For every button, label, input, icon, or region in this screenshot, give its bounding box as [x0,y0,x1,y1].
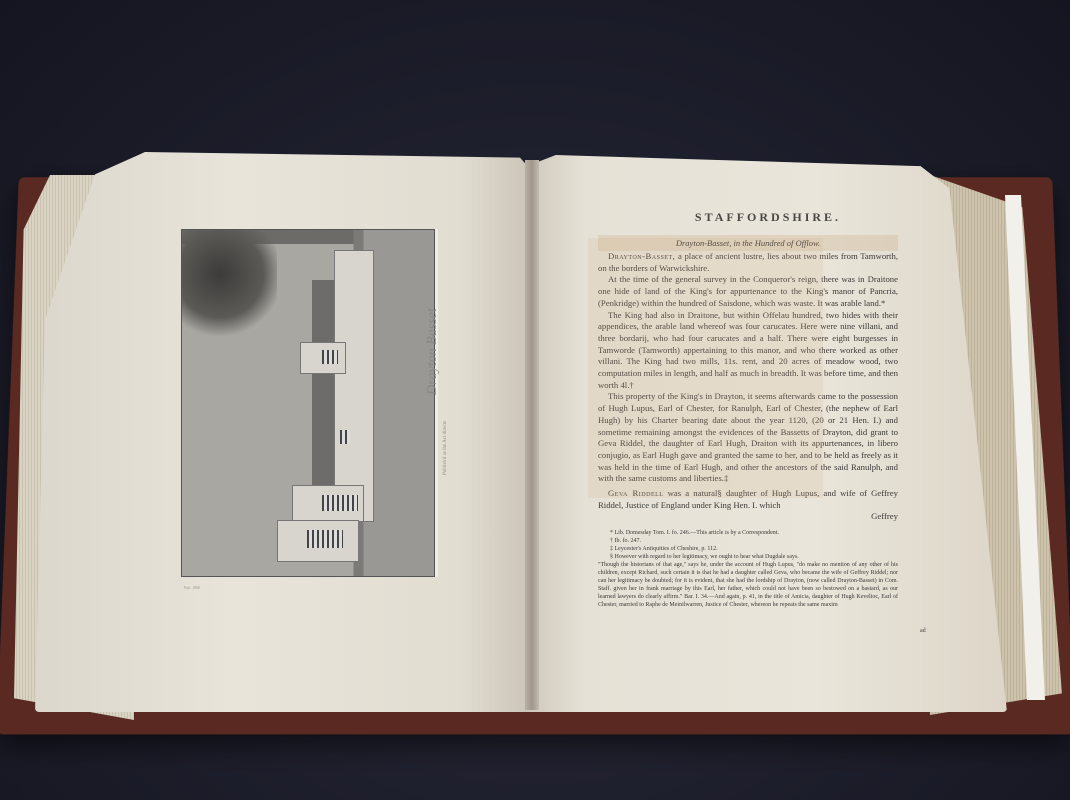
paragraph: Drayton-Basset, a place of ancient lustr… [598,251,898,274]
running-head: STAFFORDSHIRE. [638,210,898,225]
window-illustration [307,530,343,548]
footnote: * Lib. Domesday Tom. I. fo. 246.—This ar… [610,529,898,537]
engraving-image [181,229,435,577]
window-illustration [322,495,358,511]
signature-mark: ad [920,628,926,634]
paragraph: This property of the King's in Drayton, … [598,391,898,485]
footnotes: * Lib. Domesday Tom. I. fo. 246.—This ar… [598,529,898,609]
roof-illustration [312,280,334,520]
plate-caption: Drayton Basset Publish'd as the Act dire… [425,335,465,475]
paragraph: The King had also in Draitone, but withi… [598,310,898,392]
paragraph: At the time of the general survey in the… [598,274,898,309]
footnote-long: "Though the historians of that age," say… [598,561,898,609]
window-illustration [340,430,350,444]
right-page-text: STAFFORDSHIRE. Drayton-Basset, in the Hu… [598,210,898,609]
tree-illustration [182,230,277,340]
section-title: Drayton-Basset, in the Hundred of Offlow… [598,235,898,251]
plate-mark: Pub. 1800 [184,585,200,590]
building-illustration [334,250,374,522]
plate-caption-title: Drayton Basset [425,308,441,395]
book-gutter [525,160,539,710]
footnote: § However with regard to her legitimacy,… [610,553,898,561]
catchword: Geffrey [598,511,898,521]
window-illustration [322,350,338,364]
paragraph: Geva Riddell was a natural§ daughter of … [598,488,898,511]
footnote: ‡ Leycester's Antiquities of Cheshire, p… [610,545,898,553]
footnote: † Ib. fo. 247. [610,537,898,545]
plate-caption-sub: Publish'd as the Act directs [443,421,448,475]
